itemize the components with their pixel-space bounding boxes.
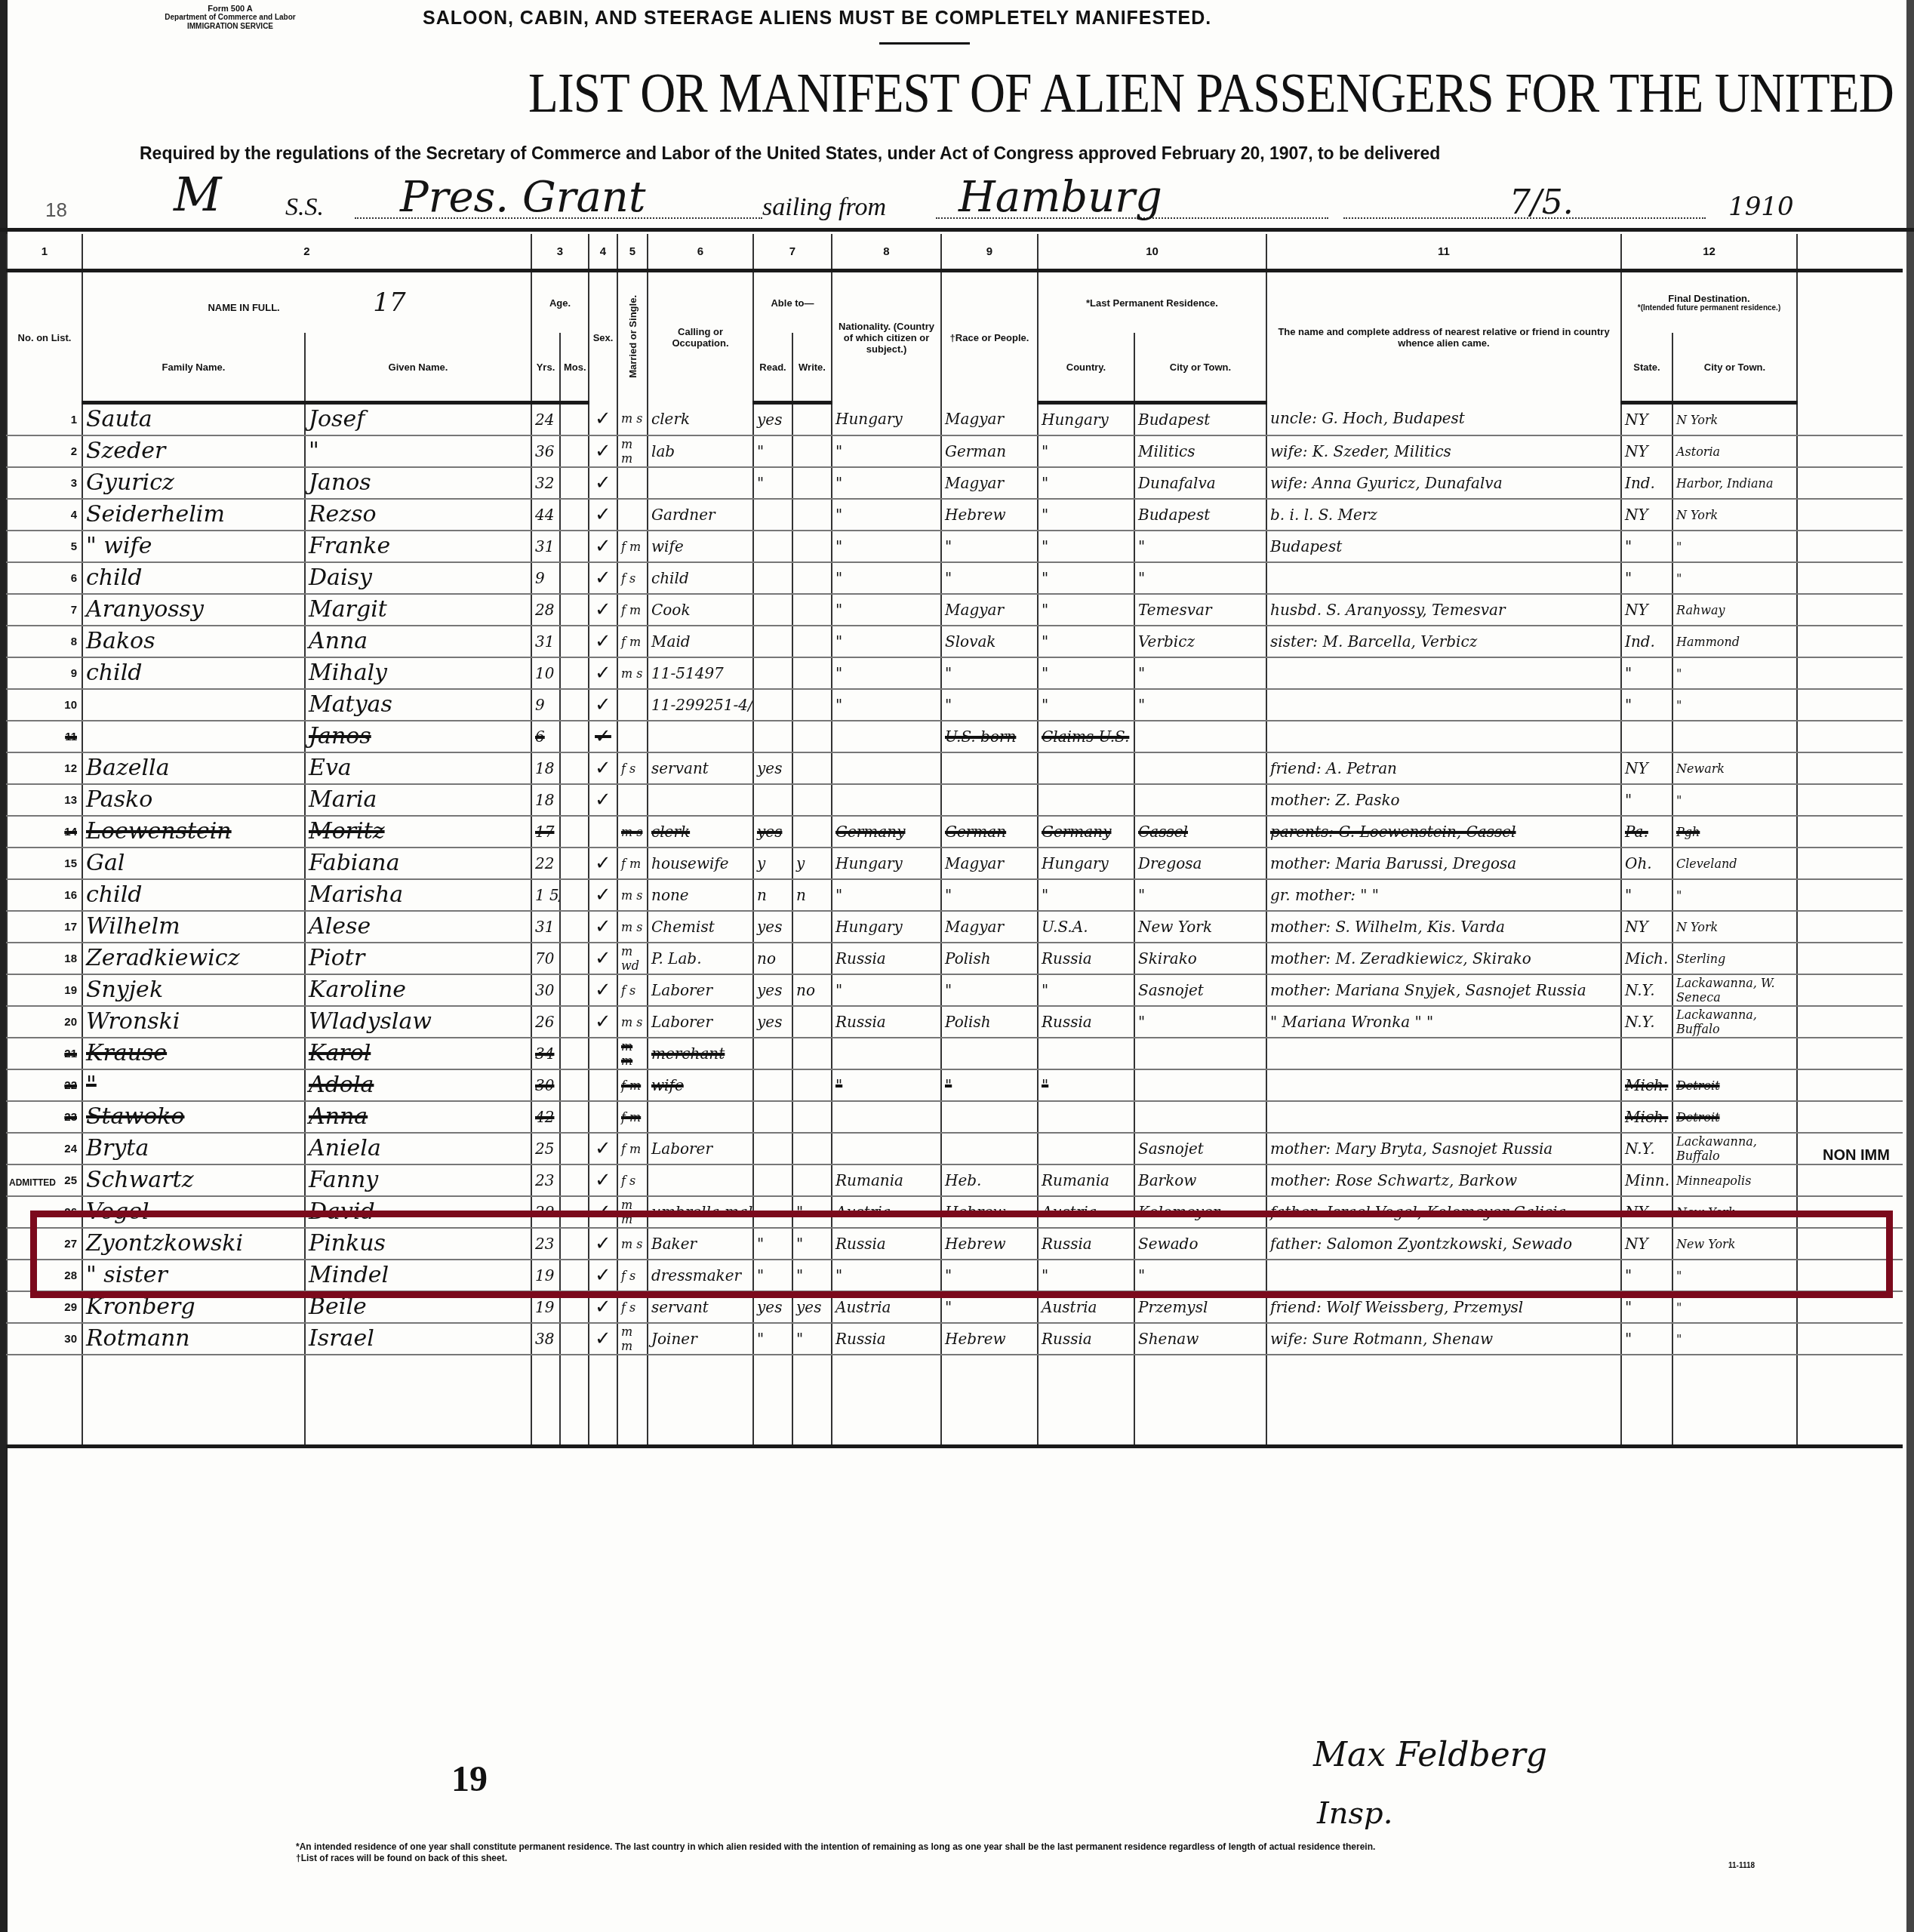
family-name: child: [82, 657, 305, 689]
dest-city: ": [1672, 879, 1797, 911]
form-number: Form 500 A: [143, 5, 317, 14]
sex-mark: [589, 1038, 617, 1069]
occupation: P. Lab.: [648, 943, 753, 974]
row-number: 1: [7, 403, 82, 436]
departure-year: 1910: [1728, 192, 1794, 222]
given-name: Wladyslaw: [305, 1006, 531, 1038]
family-name: Schwartz: [82, 1164, 305, 1196]
passenger-row-3: 3GyuriczJanos32✓""Magyar"Dunafalvawife: …: [7, 467, 1903, 499]
nearest-relative: mother: Z. Pasko: [1266, 784, 1621, 816]
can-read: no: [753, 943, 792, 974]
header-state: State.: [1621, 333, 1672, 403]
residence-city: Barkow: [1134, 1164, 1266, 1196]
can-read: yes: [753, 752, 792, 784]
dest-city: Astoria: [1672, 435, 1797, 467]
dest-city: Detroit: [1672, 1069, 1797, 1101]
residence-city: New York: [1134, 911, 1266, 943]
nearest-relative: b. i. l. S. Merz: [1266, 499, 1621, 531]
residence-country: U.S.A.: [1038, 911, 1134, 943]
blank-cell: [1797, 403, 1903, 436]
nearest-relative: [1266, 562, 1621, 594]
marital-status: f m: [617, 531, 648, 562]
row-number: 24: [7, 1133, 82, 1164]
age-years: 42: [531, 1101, 560, 1133]
sex-mark: ✓: [589, 1164, 617, 1196]
non-immigrant-stamp: NON IMM: [1823, 1147, 1890, 1164]
residence-country: Russia: [1038, 1006, 1134, 1038]
dest-city: ": [1672, 657, 1797, 689]
marital-status: f m: [617, 626, 648, 657]
nationality: Germany: [832, 816, 941, 848]
row-number: 22: [7, 1069, 82, 1101]
column-group-row: No. on List. NAME IN FULL. 17 Age. Sex. …: [7, 271, 1903, 334]
given-name: Adola: [305, 1069, 531, 1101]
nearest-relative: mother: Mary Bryta, Sasnojet Russia: [1266, 1133, 1621, 1164]
given-name: Piotr: [305, 943, 531, 974]
occupation: Laborer: [648, 1133, 753, 1164]
residence-country: ": [1038, 689, 1134, 721]
col-blank: [1797, 234, 1903, 271]
col-num-11: 11: [1266, 234, 1621, 271]
family-name: ": [82, 1069, 305, 1101]
race: [941, 1133, 1038, 1164]
passenger-row-1: 1SautaJosef24✓m sclerkyesHungaryMagyarHu…: [7, 403, 1903, 436]
dest-state: ": [1621, 531, 1672, 562]
header-count: 17: [373, 288, 405, 318]
residence-city: Cassel: [1134, 816, 1266, 848]
marital-status: m m: [617, 1323, 648, 1355]
family-name: " wife: [82, 531, 305, 562]
family-name: Stawoko: [82, 1101, 305, 1133]
age-months: [560, 816, 589, 848]
age-months: [560, 1069, 589, 1101]
departure-port: Hamburg: [959, 173, 1162, 222]
age-months: [560, 1323, 589, 1355]
final-destination-label: Final Destination.: [1625, 293, 1793, 304]
race: German: [941, 816, 1038, 848]
family-name: Snyjek: [82, 974, 305, 1006]
dest-state: Pa.: [1621, 816, 1672, 848]
given-name: Alese: [305, 911, 531, 943]
nationality: [832, 1133, 941, 1164]
race: Hebrew: [941, 499, 1038, 531]
marital-status: f m: [617, 1133, 648, 1164]
occupation: [648, 721, 753, 752]
can-read: ": [753, 467, 792, 499]
blank-cell: [1797, 467, 1903, 499]
occupation: child: [648, 562, 753, 594]
can-read: [753, 721, 792, 752]
blank-cell: [1797, 531, 1903, 562]
header-race: †Race or People.: [941, 271, 1038, 403]
occupation: housewife: [648, 848, 753, 879]
dest-state: NY: [1621, 499, 1672, 531]
sex-mark: ✓: [589, 1133, 617, 1164]
marital-status: m s: [617, 403, 648, 436]
sex-mark: ✓: [589, 531, 617, 562]
can-read: [753, 594, 792, 626]
sex-mark: ✓: [589, 626, 617, 657]
blank-cell: [1797, 689, 1903, 721]
row-number: 9: [7, 657, 82, 689]
occupation: clerk: [648, 816, 753, 848]
nationality: ": [832, 594, 941, 626]
dest-state: ": [1621, 657, 1672, 689]
family-name: [82, 721, 305, 752]
dest-city: ": [1672, 784, 1797, 816]
dest-state: ": [1621, 784, 1672, 816]
dest-state: ": [1621, 1323, 1672, 1355]
row-number: 2: [7, 435, 82, 467]
nearest-relative: mother: Mariana Snyjek, Sasnojet Russia: [1266, 974, 1621, 1006]
footnote-races: †List of races will be found on back of …: [296, 1853, 1375, 1864]
blank-cell: [1797, 752, 1903, 784]
occupation: 11-51497: [648, 657, 753, 689]
dest-city: N York: [1672, 499, 1797, 531]
family-name: Aranyossy: [82, 594, 305, 626]
header-relative: The name and complete address of nearest…: [1266, 271, 1621, 403]
can-read: ": [753, 1323, 792, 1355]
sex-mark: ✓: [589, 848, 617, 879]
given-name: Israel: [305, 1323, 531, 1355]
dest-state: N.Y.: [1621, 1133, 1672, 1164]
passenger-row-7: 7AranyossyMargit28✓f mCook"Magyar"Temesv…: [7, 594, 1903, 626]
header-age: Age.: [531, 271, 589, 334]
can-write: [792, 531, 832, 562]
age-years: 34: [531, 1038, 560, 1069]
can-write: [792, 403, 832, 436]
marital-status: f m: [617, 1101, 648, 1133]
sex-mark: [589, 1069, 617, 1101]
age-years: 31: [531, 531, 560, 562]
race: ": [941, 689, 1038, 721]
age-months: [560, 721, 589, 752]
dest-state: N.Y.: [1621, 974, 1672, 1006]
family-name: Wronski: [82, 1006, 305, 1038]
age-months: [560, 1164, 589, 1196]
nearest-relative: wife: K. Szeder, Militics: [1266, 435, 1621, 467]
occupation: clerk: [648, 403, 753, 436]
nearest-relative: " Mariana Wronka " ": [1266, 1006, 1621, 1038]
nearest-relative: friend: A. Petran: [1266, 752, 1621, 784]
marital-status: m s: [617, 911, 648, 943]
blank-cell: [1797, 848, 1903, 879]
family-name: Rotmann: [82, 1323, 305, 1355]
given-name: Daisy: [305, 562, 531, 594]
race: Magyar: [941, 848, 1038, 879]
age-years: 70: [531, 943, 560, 974]
passenger-row-4: 4SeiderhelimRezso44✓Gardner"Hebrew"Budap…: [7, 499, 1903, 531]
passenger-row-21: 21KrauseKarol34m mmerchant: [7, 1038, 1903, 1069]
can-write: y: [792, 848, 832, 879]
marital-status: [617, 499, 648, 531]
occupation: Maid: [648, 626, 753, 657]
dest-state: Mich.: [1621, 1101, 1672, 1133]
can-write: [792, 1101, 832, 1133]
dest-city: Pgh: [1672, 816, 1797, 848]
residence-country: Hungary: [1038, 403, 1134, 436]
nationality: Hungary: [832, 403, 941, 436]
residence-country: ": [1038, 626, 1134, 657]
race: Polish: [941, 1006, 1038, 1038]
ship-info-line: 18 M S.S. Pres. Grant sailing from Hambu…: [45, 174, 1872, 226]
header-given-name: Given Name.: [305, 333, 531, 403]
nationality: ": [832, 689, 941, 721]
can-read: [753, 1069, 792, 1101]
occupation: 11-299251-4/21/41-505: [648, 689, 753, 721]
race: ": [941, 974, 1038, 1006]
dest-city: N York: [1672, 911, 1797, 943]
residence-city: Verbicz: [1134, 626, 1266, 657]
occupation: Laborer: [648, 974, 753, 1006]
header-calling: Calling or Occupation.: [648, 271, 753, 403]
residence-country: Russia: [1038, 943, 1134, 974]
can-write: [792, 784, 832, 816]
passenger-row-15: 15GalFabiana22✓f mhousewifeyyHungaryMagy…: [7, 848, 1903, 879]
can-write: [792, 467, 832, 499]
blank-cell: [1797, 1006, 1903, 1038]
banner-rule: [879, 42, 970, 45]
residence-country: ": [1038, 657, 1134, 689]
passenger-row-6: 6childDaisy9✓f schild"""""": [7, 562, 1903, 594]
row-number: 18: [7, 943, 82, 974]
age-years: 10: [531, 657, 560, 689]
residence-city: ": [1134, 657, 1266, 689]
age-years: 44: [531, 499, 560, 531]
dest-city: [1672, 721, 1797, 752]
regulation-text: Required by the regulations of the Secre…: [140, 143, 1440, 164]
race: Magyar: [941, 467, 1038, 499]
row-number: 21: [7, 1038, 82, 1069]
nearest-relative: mother: S. Wilhelm, Kis. Varda: [1266, 911, 1621, 943]
row-number: 20: [7, 1006, 82, 1038]
marital-status: f s: [617, 562, 648, 594]
passenger-row-19: 19SnyjekKaroline30✓f sLaboreryesno"""Sas…: [7, 974, 1903, 1006]
family-name: child: [82, 879, 305, 911]
can-write: [792, 911, 832, 943]
nationality: [832, 721, 941, 752]
row-number: 8: [7, 626, 82, 657]
residence-country: ": [1038, 467, 1134, 499]
header-blank: [1797, 271, 1903, 403]
footnotes: *An intended residence of one year shall…: [296, 1841, 1375, 1864]
row-number: 19: [7, 974, 82, 1006]
residence-country: ": [1038, 435, 1134, 467]
dest-state: NY: [1621, 594, 1672, 626]
residence-city: [1134, 721, 1266, 752]
family-name: Krause: [82, 1038, 305, 1069]
passenger-row-30: 30RotmannIsrael38✓m mJoiner""RussiaHebre…: [7, 1323, 1903, 1355]
residence-country: ": [1038, 879, 1134, 911]
row-number: 10: [7, 689, 82, 721]
sex-mark: ✓: [589, 721, 617, 752]
age-years: 31: [531, 626, 560, 657]
dest-city: Lackawanna, Buffalo: [1672, 1006, 1797, 1038]
dest-state: [1621, 721, 1672, 752]
race: [941, 752, 1038, 784]
dest-city: Minneapolis: [1672, 1164, 1797, 1196]
header-no-on-list: No. on List.: [7, 271, 82, 403]
col-num-8: 8: [832, 234, 941, 271]
dest-state: NY: [1621, 911, 1672, 943]
race: [941, 784, 1038, 816]
dest-city: [1672, 1038, 1797, 1069]
age-months: [560, 657, 589, 689]
passenger-row-25: 25SchwartzFanny23✓f sRumaniaHeb.RumaniaB…: [7, 1164, 1903, 1196]
residence-country: ": [1038, 562, 1134, 594]
age-years: 25: [531, 1133, 560, 1164]
sex-mark: ✓: [589, 562, 617, 594]
passenger-row-5: 5" wifeFranke31✓f mwife""""Budapest"": [7, 531, 1903, 562]
age-months: [560, 403, 589, 436]
family-name: Bakos: [82, 626, 305, 657]
sex-mark: ✓: [589, 879, 617, 911]
age-months: [560, 594, 589, 626]
age-years: 32: [531, 467, 560, 499]
marital-status: f m: [617, 1069, 648, 1101]
sex-mark: ✓: [589, 784, 617, 816]
blank-cell: [1797, 499, 1903, 531]
row-number: 12: [7, 752, 82, 784]
occupation: [648, 784, 753, 816]
residence-city: Dregosa: [1134, 848, 1266, 879]
blank-cell: [1797, 943, 1903, 974]
row-number: 15: [7, 848, 82, 879]
nearest-relative: wife: Anna Gyuricz, Dunafalva: [1266, 467, 1621, 499]
race: Magyar: [941, 403, 1038, 436]
nearest-relative: [1266, 1069, 1621, 1101]
nearest-relative: Budapest: [1266, 531, 1621, 562]
can-read: [753, 657, 792, 689]
given-name: Margit: [305, 594, 531, 626]
occupation: lab: [648, 435, 753, 467]
can-read: [753, 626, 792, 657]
given-name: Matyas: [305, 689, 531, 721]
given-name: Rezso: [305, 499, 531, 531]
residence-country: [1038, 1133, 1134, 1164]
sex-mark: ✓: [589, 689, 617, 721]
nationality: Hungary: [832, 911, 941, 943]
col-num-12: 12: [1621, 234, 1797, 271]
can-read: yes: [753, 816, 792, 848]
header-write: Write.: [792, 333, 832, 403]
sailing-from-label: sailing from: [762, 193, 886, 222]
can-write: [792, 1069, 832, 1101]
nearest-relative: husbd. S. Aranyossy, Temesvar: [1266, 594, 1621, 626]
given-name: Anna: [305, 626, 531, 657]
age-months: [560, 562, 589, 594]
given-name: Karol: [305, 1038, 531, 1069]
nearest-relative: [1266, 1101, 1621, 1133]
can-read: [753, 562, 792, 594]
residence-country: ": [1038, 974, 1134, 1006]
nearest-relative: mother: M. Zeradkiewicz, Skirako: [1266, 943, 1621, 974]
marital-status: m s: [617, 879, 648, 911]
given-name: Josef: [305, 403, 531, 436]
family-name: Szeder: [82, 435, 305, 467]
passenger-row-9: 9childMihaly10✓m s11-51497"""""": [7, 657, 1903, 689]
passenger-row-24: 24BrytaAniela25✓f mLaborerSasnojetmother…: [7, 1133, 1903, 1164]
residence-country: Hungary: [1038, 848, 1134, 879]
blank-cell: [1797, 594, 1903, 626]
age-years: 31: [531, 911, 560, 943]
nationality: Russia: [832, 1323, 941, 1355]
nearest-relative: [1266, 689, 1621, 721]
age-months: [560, 531, 589, 562]
race: U.S. born: [941, 721, 1038, 752]
dest-city: ": [1672, 1323, 1797, 1355]
row-number: 6: [7, 562, 82, 594]
occupation: merchant: [648, 1038, 753, 1069]
dest-city: ": [1672, 689, 1797, 721]
col-num-6: 6: [648, 234, 753, 271]
passenger-row-12: 12BazellaEva18✓f sservantyesfriend: A. P…: [7, 752, 1903, 784]
can-read: [753, 784, 792, 816]
department-name: Department of Commerce and Labor: [143, 14, 317, 23]
residence-city: [1134, 784, 1266, 816]
page-number: 19: [451, 1758, 488, 1800]
age-months: [560, 848, 589, 879]
residence-city: ": [1134, 879, 1266, 911]
nationality: [832, 784, 941, 816]
family-name: Bryta: [82, 1133, 305, 1164]
marital-status: m s: [617, 1006, 648, 1038]
nationality: [832, 1101, 941, 1133]
residence-country: Rumania: [1038, 1164, 1134, 1196]
occupation: [648, 1101, 753, 1133]
dest-city: ": [1672, 562, 1797, 594]
dest-state: Mich.: [1621, 943, 1672, 974]
nationality: ": [832, 435, 941, 467]
occupation: wife: [648, 1069, 753, 1101]
passenger-row-2: 2Szeder"36✓m mlab""German"Militicswife: …: [7, 435, 1903, 467]
header-final-destination: Final Destination. *(Intended future per…: [1621, 271, 1797, 334]
age-years: 22: [531, 848, 560, 879]
residence-country: [1038, 784, 1134, 816]
nationality: Russia: [832, 943, 941, 974]
residence-country: Germany: [1038, 816, 1134, 848]
ship-prefix: S.S.: [285, 193, 324, 222]
residence-country: [1038, 1101, 1134, 1133]
dest-city: Lackawanna, W. Seneca: [1672, 974, 1797, 1006]
nationality: ": [832, 531, 941, 562]
can-write: [792, 943, 832, 974]
manifest-banner: SALOON, CABIN, AND STEERAGE ALIENS MUST …: [423, 8, 1211, 29]
occupation: servant: [648, 752, 753, 784]
can-write: [792, 721, 832, 752]
given-name: Marisha: [305, 879, 531, 911]
row-number: 17: [7, 911, 82, 943]
dest-city: Harbor, Indiana: [1672, 467, 1797, 499]
residence-country: ": [1038, 531, 1134, 562]
can-read: [753, 1133, 792, 1164]
residence-country: ": [1038, 1069, 1134, 1101]
form-code: 11-1118: [1728, 1862, 1755, 1870]
age-months: [560, 943, 589, 974]
can-read: ": [753, 435, 792, 467]
blank-cell: [1797, 626, 1903, 657]
age-months: [560, 784, 589, 816]
given-name: Fanny: [305, 1164, 531, 1196]
race: Magyar: [941, 594, 1038, 626]
sex-mark: ✓: [589, 1323, 617, 1355]
dest-city: Hammond: [1672, 626, 1797, 657]
dest-city: N York: [1672, 403, 1797, 436]
residence-country: [1038, 752, 1134, 784]
col-num-1: 1: [7, 234, 82, 271]
age-years: 1 5/12: [531, 879, 560, 911]
header-read: Read.: [753, 333, 792, 403]
